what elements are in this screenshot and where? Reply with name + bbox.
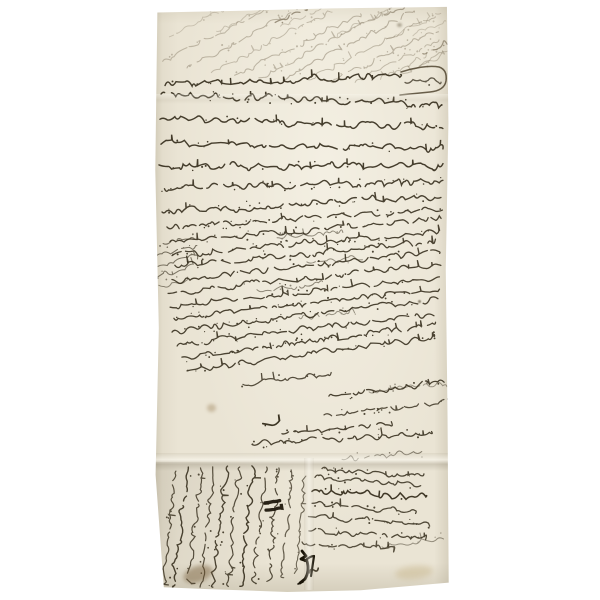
signature-mark [290, 548, 320, 588]
document-caption: Photograph of an aged, elongated handwri… [0, 0, 1, 1]
photo-background: Photograph of an aged, elongated handwri… [0, 0, 600, 600]
stain [207, 404, 216, 412]
section-bracket-mark [399, 64, 449, 98]
script-line [262, 493, 286, 525]
manuscript-paper [155, 6, 449, 592]
stain [394, 564, 433, 581]
